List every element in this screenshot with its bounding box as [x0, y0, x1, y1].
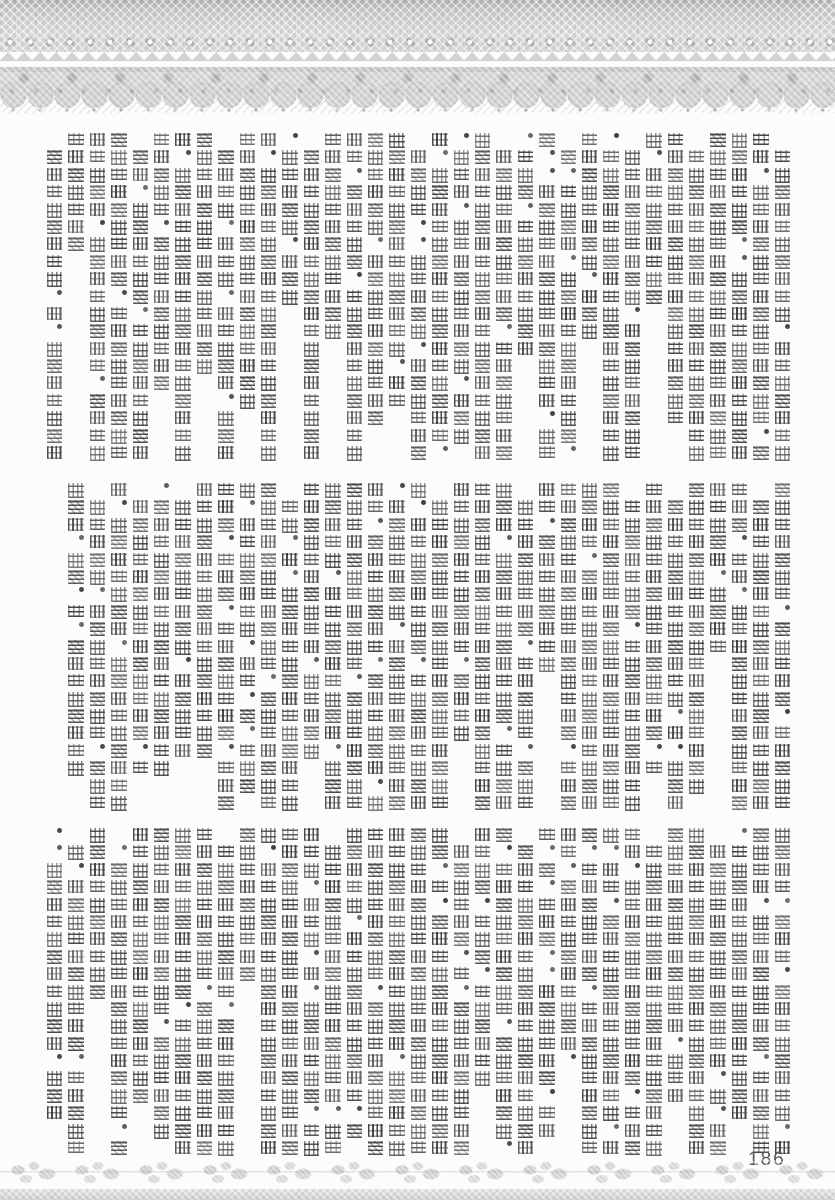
- glyph: [143, 744, 148, 749]
- glyph: [347, 429, 363, 441]
- text-column: [90, 500, 106, 813]
- text-column: [175, 500, 191, 761]
- glyph: [732, 342, 748, 357]
- glyph: [432, 692, 448, 706]
- glyph: [411, 587, 427, 600]
- glyph: [689, 168, 705, 183]
- glyph: [753, 1037, 769, 1051]
- glyph: [411, 605, 427, 617]
- glyph: [710, 324, 726, 337]
- glyph: [133, 1002, 149, 1017]
- glyph: [475, 359, 491, 373]
- glyph: [240, 324, 256, 339]
- glyph: [389, 674, 405, 689]
- text-area: [42, 0, 790, 1200]
- glyph: [347, 657, 363, 669]
- glyph: [432, 880, 448, 892]
- glyph: [603, 272, 619, 285]
- glyph: [646, 220, 662, 234]
- glyph: [657, 150, 662, 155]
- glyph: [411, 483, 427, 498]
- text-block-1: [42, 133, 790, 464]
- glyph: [785, 709, 790, 714]
- glyph: [175, 1089, 191, 1101]
- glyph: [389, 376, 405, 389]
- glyph: [432, 1002, 448, 1015]
- glyph: [389, 761, 405, 773]
- glyph: [432, 985, 448, 999]
- glyph: [133, 535, 149, 550]
- glyph: [304, 845, 320, 857]
- glyph: [111, 726, 127, 741]
- text-column: [539, 133, 555, 463]
- glyph: [603, 1019, 619, 1031]
- glyph: [389, 500, 405, 513]
- glyph: [646, 500, 662, 513]
- glyph: [571, 255, 576, 260]
- glyph: [111, 692, 127, 705]
- glyph: [282, 709, 298, 721]
- glyph: [347, 255, 363, 269]
- glyph: [518, 950, 534, 962]
- glyph: [496, 898, 512, 912]
- glyph: [432, 290, 448, 302]
- glyph: [68, 640, 84, 654]
- glyph: [732, 272, 748, 287]
- glyph: [603, 828, 619, 843]
- glyph: [304, 828, 320, 841]
- glyph: [732, 394, 748, 406]
- glyph: [603, 587, 619, 599]
- glyph: [561, 1019, 577, 1033]
- glyph: [68, 761, 84, 776]
- glyph: [175, 535, 191, 548]
- glyph: [603, 744, 619, 757]
- glyph: [496, 1106, 512, 1120]
- glyph: [133, 150, 149, 164]
- glyph: [603, 967, 619, 982]
- glyph: [550, 1089, 555, 1094]
- text-column: [646, 133, 662, 307]
- glyph: [282, 1037, 298, 1049]
- glyph: [154, 342, 170, 354]
- glyph: [133, 880, 149, 894]
- glyph: [347, 342, 363, 355]
- glyph: [732, 1106, 748, 1119]
- glyph: [582, 237, 598, 251]
- glyph: [454, 1089, 470, 1104]
- glyph: [496, 744, 512, 756]
- glyph: [603, 394, 619, 408]
- glyph: [197, 950, 213, 965]
- glyph: [304, 307, 320, 320]
- glyph: [240, 622, 256, 637]
- glyph: [539, 429, 555, 444]
- glyph: [625, 898, 641, 910]
- glyph: [347, 605, 363, 618]
- glyph: [528, 640, 533, 645]
- glyph: [625, 709, 641, 721]
- glyph: [775, 185, 791, 199]
- glyph: [582, 185, 598, 200]
- glyph: [496, 863, 512, 875]
- glyph: [325, 726, 341, 739]
- glyph: [710, 376, 726, 388]
- glyph: [304, 1019, 320, 1033]
- glyph: [240, 237, 256, 251]
- glyph: [646, 692, 662, 704]
- glyph: [111, 185, 127, 198]
- glyph: [732, 709, 748, 722]
- glyph: [175, 1019, 191, 1031]
- glyph: [646, 985, 662, 997]
- glyph: [175, 692, 191, 706]
- text-column: [368, 133, 384, 429]
- glyph: [432, 1071, 448, 1084]
- glyph: [432, 605, 448, 618]
- glyph: [603, 779, 619, 794]
- glyph: [582, 1054, 598, 1069]
- glyph: [207, 985, 212, 990]
- glyph: [218, 272, 234, 287]
- glyph: [668, 272, 684, 284]
- glyph: [90, 880, 106, 892]
- glyph: [304, 967, 320, 980]
- glyph: [571, 1054, 576, 1059]
- glyph: [710, 1141, 726, 1155]
- glyph: [432, 376, 448, 391]
- glyph: [496, 1089, 512, 1102]
- glyph: [111, 150, 127, 165]
- glyph: [582, 657, 598, 670]
- glyph: [175, 255, 191, 269]
- glyph: [496, 553, 512, 568]
- glyph: [454, 1106, 470, 1118]
- glyph: [668, 640, 684, 654]
- glyph: [111, 761, 127, 774]
- glyph: [668, 692, 684, 707]
- glyph: [454, 168, 470, 180]
- glyph: [475, 429, 491, 443]
- glyph: [175, 605, 191, 618]
- glyph: [133, 985, 149, 997]
- glyph: [689, 255, 705, 269]
- glyph: [454, 553, 470, 566]
- text-column: [753, 133, 769, 463]
- glyph: [710, 272, 726, 286]
- glyph: [304, 394, 320, 406]
- glyph: [561, 761, 577, 773]
- glyph: [325, 932, 341, 944]
- glyph: [347, 359, 363, 371]
- glyph: [304, 674, 320, 689]
- glyph: [689, 950, 705, 962]
- glyph: [47, 1106, 63, 1119]
- glyph: [668, 779, 684, 793]
- glyph: [304, 203, 320, 218]
- glyph: [753, 796, 769, 809]
- glyph: [261, 535, 277, 548]
- glyph: [539, 290, 555, 305]
- glyph: [154, 237, 170, 251]
- glyph: [668, 518, 684, 531]
- glyph: [668, 411, 684, 423]
- glyph: [710, 483, 726, 496]
- text-column: [347, 828, 363, 1141]
- glyph: [175, 1071, 191, 1084]
- glyph: [561, 1037, 577, 1050]
- glyph: [518, 290, 534, 302]
- text-column: [411, 150, 427, 463]
- glyph: [625, 376, 641, 388]
- glyph: [518, 605, 534, 618]
- glyph: [561, 796, 577, 810]
- glyph: [603, 692, 619, 706]
- glyph: [603, 376, 619, 391]
- glyph: [625, 272, 641, 286]
- glyph: [775, 915, 791, 929]
- glyph: [347, 150, 363, 162]
- glyph: [496, 779, 512, 793]
- glyph: [100, 376, 105, 381]
- glyph: [496, 307, 512, 321]
- glyph: [496, 932, 512, 944]
- glyph: [90, 709, 106, 724]
- glyph: [603, 1002, 619, 1015]
- glyph: [261, 709, 277, 724]
- glyph: [79, 622, 84, 627]
- glyph: [775, 1089, 791, 1101]
- glyph: [175, 185, 191, 199]
- glyph: [240, 761, 256, 776]
- glyph: [175, 359, 191, 371]
- glyph: [325, 657, 341, 670]
- text-column: [304, 483, 320, 761]
- glyph: [582, 950, 598, 963]
- glyph: [625, 553, 641, 566]
- glyph: [304, 168, 320, 181]
- glyph: [197, 150, 213, 165]
- glyph: [475, 290, 491, 304]
- glyph: [304, 150, 320, 164]
- glyph: [518, 932, 534, 945]
- glyph: [496, 203, 512, 215]
- glyph: [68, 518, 84, 531]
- glyph: [646, 845, 662, 857]
- glyph: [133, 272, 149, 287]
- glyph: [603, 932, 619, 945]
- glyph: [261, 1089, 277, 1101]
- text-column: [775, 150, 791, 463]
- glyph: [111, 220, 127, 235]
- glyph: [432, 779, 448, 794]
- glyph: [443, 898, 448, 903]
- glyph: [689, 657, 705, 669]
- glyph: [603, 307, 619, 322]
- glyph: [218, 674, 234, 689]
- glyph: [518, 796, 534, 808]
- glyph: [625, 1071, 641, 1085]
- glyph: [625, 932, 641, 946]
- glyph: [775, 796, 791, 808]
- glyph: [614, 1124, 619, 1129]
- glyph: [432, 570, 448, 585]
- glyph: [753, 220, 769, 233]
- glyph: [154, 967, 170, 981]
- glyph: [325, 898, 341, 912]
- glyph: [197, 307, 213, 319]
- glyph: [646, 203, 662, 218]
- text-column: [197, 483, 213, 761]
- glyph: [197, 880, 213, 895]
- glyph: [539, 307, 555, 319]
- glyph: [111, 1141, 127, 1155]
- glyph: [347, 133, 363, 146]
- glyph: [368, 1019, 384, 1034]
- glyph: [475, 255, 491, 267]
- glyph: [175, 307, 191, 322]
- glyph: [325, 1124, 341, 1139]
- glyph: [625, 411, 641, 425]
- text-column: [603, 828, 619, 1158]
- glyph: [325, 1054, 341, 1069]
- glyph: [90, 272, 106, 285]
- glyph: [389, 220, 405, 234]
- glyph: [133, 622, 149, 634]
- glyph: [133, 168, 149, 181]
- glyph: [411, 272, 427, 284]
- glyph: [561, 1002, 577, 1017]
- glyph: [539, 1037, 555, 1049]
- glyph: [753, 394, 769, 409]
- glyph: [603, 796, 619, 808]
- glyph: [603, 985, 619, 999]
- glyph: [218, 709, 234, 722]
- glyph: [154, 150, 170, 163]
- glyph: [240, 967, 256, 981]
- glyph: [261, 570, 277, 585]
- glyph: [314, 880, 319, 885]
- glyph: [432, 845, 448, 859]
- glyph: [454, 880, 470, 895]
- glyph: [710, 446, 726, 458]
- glyph: [304, 726, 320, 740]
- glyph: [432, 796, 448, 808]
- glyph: [240, 657, 256, 670]
- glyph: [785, 898, 790, 903]
- glyph: [111, 985, 127, 998]
- glyph: [454, 1054, 470, 1067]
- glyph: [282, 272, 298, 286]
- glyph: [133, 237, 149, 250]
- glyph: [496, 220, 512, 233]
- glyph: [539, 587, 555, 602]
- glyph: [111, 376, 127, 388]
- glyph: [90, 570, 106, 585]
- glyph: [732, 483, 748, 495]
- glyph: [646, 587, 662, 601]
- glyph: [518, 535, 534, 548]
- glyph: [154, 1002, 170, 1014]
- glyph: [282, 1054, 298, 1067]
- glyph: [753, 342, 769, 354]
- glyph: [47, 446, 63, 459]
- glyph: [389, 1106, 405, 1119]
- glyph: [389, 394, 405, 406]
- glyph: [710, 898, 726, 910]
- glyph: [411, 1054, 427, 1069]
- glyph: [57, 1054, 62, 1059]
- glyph: [197, 1019, 213, 1034]
- glyph: [90, 342, 106, 355]
- glyph: [432, 1106, 448, 1121]
- glyph: [625, 1124, 641, 1137]
- glyph: [561, 500, 577, 513]
- glyph: [496, 1054, 512, 1069]
- text-column: [496, 150, 512, 463]
- text-column: [710, 845, 726, 1158]
- glyph: [753, 779, 769, 793]
- glyph: [347, 622, 363, 636]
- glyph: [325, 1071, 341, 1083]
- glyph: [368, 1054, 384, 1067]
- glyph: [710, 500, 726, 512]
- glyph: [582, 640, 598, 654]
- glyph: [282, 828, 298, 840]
- glyph: [304, 429, 320, 443]
- glyph: [668, 324, 684, 339]
- glyph: [582, 932, 598, 944]
- glyph: [175, 1054, 191, 1068]
- glyph: [389, 168, 405, 181]
- glyph: [261, 622, 277, 636]
- glyph: [411, 518, 427, 531]
- text-column: [47, 828, 63, 1124]
- text-column: [304, 828, 320, 1158]
- glyph: [753, 622, 769, 637]
- glyph: [710, 1089, 726, 1104]
- text-column: [475, 828, 491, 1089]
- glyph: [411, 744, 427, 756]
- glyph: [411, 622, 427, 637]
- glyph: [261, 587, 277, 599]
- glyph: [432, 429, 448, 441]
- scanned-book-page: 186: [0, 0, 835, 1200]
- glyph: [625, 1002, 641, 1016]
- glyph: [154, 1089, 170, 1102]
- text-column: [389, 483, 405, 813]
- glyph: [689, 553, 705, 567]
- glyph: [518, 657, 534, 669]
- glyph: [389, 845, 405, 857]
- glyph: [100, 587, 105, 592]
- glyph: [378, 779, 383, 784]
- glyph: [582, 898, 598, 912]
- glyph: [710, 168, 726, 180]
- glyph: [603, 237, 619, 252]
- glyph: [421, 342, 426, 347]
- glyph: [582, 915, 598, 930]
- glyph: [47, 950, 63, 964]
- glyph: [454, 845, 470, 858]
- glyph: [539, 570, 555, 582]
- glyph: [347, 587, 363, 599]
- glyph: [582, 220, 598, 233]
- glyph: [518, 185, 534, 199]
- glyph: [261, 1071, 277, 1084]
- glyph: [753, 1002, 769, 1014]
- glyph: [218, 553, 234, 565]
